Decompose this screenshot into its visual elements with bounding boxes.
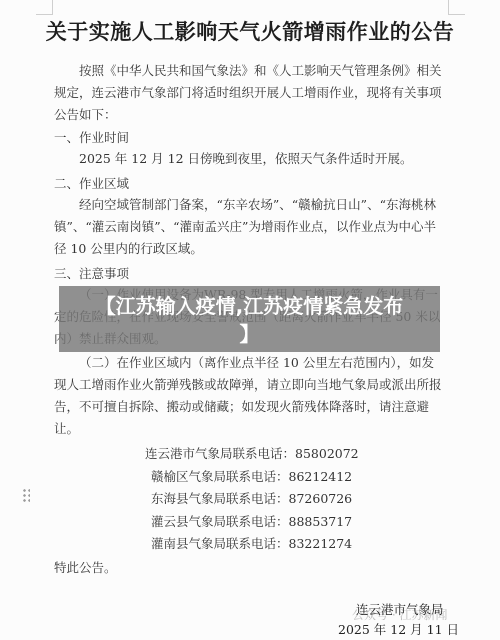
intro-paragraph: 按照《中华人民共和国气象法》和《人工影响天气管理条例》相关规定，连云港市气象部门… <box>54 60 446 126</box>
caption-line-2: 】 <box>59 320 440 348</box>
contact-row: 连云港市气象局联系电话：85802072 <box>145 443 359 466</box>
drag-handle-icon[interactable] <box>22 488 30 502</box>
phone-number: 83221274 <box>289 536 353 551</box>
caption-overlay: 【江苏输入疫情,江苏疫情紧急发布 】 <box>59 286 440 352</box>
page-corner-mark <box>448 0 465 15</box>
phone-number: 85802072 <box>295 446 359 461</box>
signature-date: 2025 年 12 月 11 日 <box>338 620 459 638</box>
phone-number: 86212412 <box>289 469 353 484</box>
caption-line-1: 【江苏输入疫情,江苏疫情紧急发布 <box>59 292 440 320</box>
contact-row: 赣榆区气象局联系电话：86212412 <box>145 466 359 489</box>
page-corner-mark <box>36 0 53 15</box>
section-body-time: 2025 年 12 月 12 日傍晚到夜里，依照天气条件适时开展。 <box>54 148 446 170</box>
section-heading-notes: 三、注意事项 <box>54 264 129 282</box>
section-heading-time: 一、作业时间 <box>54 128 129 146</box>
contact-list: 连云港市气象局联系电话：85802072 赣榆区气象局联系电话：86212412… <box>145 443 359 556</box>
section-body-area: 经向空域管制部门备案，“东辛农场”、“赣榆抗日山”、“东海桃林镇”、“灌云南岗镇… <box>54 194 446 260</box>
phone-number: 88853717 <box>289 514 353 529</box>
closing-text: 特此公告。 <box>54 558 117 576</box>
contact-row: 东海县气象局联系电话：87260726 <box>145 488 359 511</box>
phone-number: 87260726 <box>289 491 353 506</box>
notes-item-2: （二）在作业区域内（离作业点半径 10 公里左右范围内），如发现人工增雨作业火箭… <box>54 352 446 440</box>
contact-row: 灌南县气象局联系电话：83221274 <box>145 533 359 556</box>
section-heading-area: 二、作业区域 <box>54 174 129 192</box>
document-title: 关于实施人工影响天气火箭增雨作业的公告 <box>0 16 500 46</box>
contact-row: 灌云县气象局联系电话：88853717 <box>145 511 359 534</box>
signature: 连云港市气象局 <box>356 600 444 618</box>
